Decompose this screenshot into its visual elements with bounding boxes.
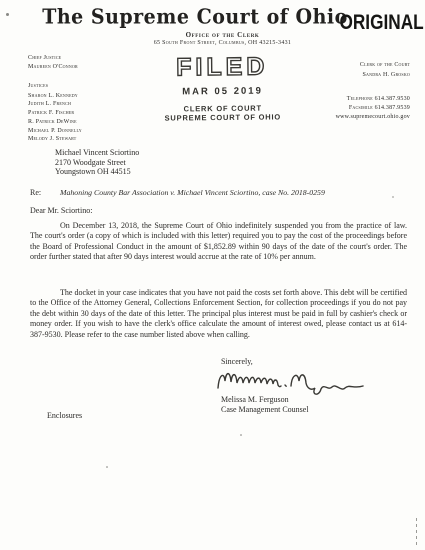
facsimile-line: Facsimile 614.387.9539	[336, 104, 410, 113]
filed-stamp-date: MAR 05 2019	[140, 85, 305, 98]
chief-justice-block: Chief Justice Maureen O'Connor	[28, 54, 78, 72]
chief-justice-name: Maureen O'Connor	[28, 63, 78, 72]
handwritten-signature	[214, 361, 366, 399]
case-reference: Mahoning County Bar Association v. Micha…	[60, 188, 410, 197]
body-paragraph-2: The docket in your case indicates that y…	[30, 288, 407, 340]
scan-artifact-edge-mark	[416, 518, 418, 548]
recipient-city: Youngstown OH 44515	[55, 167, 139, 177]
justice-name: Judith L. French	[28, 100, 82, 109]
filed-stamp-court-line: SUPREME COURT OF OHIO	[140, 112, 305, 123]
scan-artifact-speck	[392, 196, 394, 198]
court-name-title: The Supreme Court of Ohio	[30, 5, 360, 29]
filed-stamp: FILED MAR 05 2019 CLERK OF COURT SUPREME…	[140, 53, 306, 123]
recipient-name: Michael Vincent Sciortino	[55, 148, 139, 158]
scan-artifact-speck	[106, 466, 108, 468]
justice-name: R. Patrick DeWine	[28, 118, 82, 127]
telephone-line: Telephone 614.387.9530	[336, 95, 410, 104]
signer-title: Case Management Counsel	[221, 405, 309, 414]
filed-stamp-word: FILED	[140, 53, 305, 81]
scan-artifact-speck	[6, 13, 9, 16]
clerk-label: Clerk of the Court	[360, 61, 410, 71]
website-line: www.supremecourt.ohio.gov	[336, 113, 410, 122]
office-of-clerk-line: Office of the Clerk	[120, 31, 325, 39]
body-paragraph-1: On December 13, 2018, the Supreme Court …	[30, 221, 407, 263]
justice-name: Michael P. Donnelly	[28, 127, 82, 136]
recipient-address-block: Michael Vincent Sciortino 2170 Woodgate …	[55, 148, 139, 177]
enclosures-note: Enclosures	[47, 411, 82, 420]
re-label: Re:	[30, 188, 41, 197]
original-stamp: ORIGINAL	[340, 11, 424, 35]
recipient-street: 2170 Woodgate Street	[55, 158, 139, 168]
clerk-name: Sandra H. Grosko	[360, 71, 410, 81]
salutation: Dear Mr. Sciortino:	[30, 206, 92, 215]
justices-label: Justices	[28, 82, 82, 91]
signer-name: Melissa M. Ferguson	[221, 395, 289, 404]
justice-name: Patrick F. Fischer	[28, 109, 82, 118]
court-address-line: 65 South Front Street, Columbus, OH 4321…	[95, 40, 350, 46]
chief-justice-label: Chief Justice	[28, 54, 78, 63]
justice-name: Melody J. Stewart	[28, 135, 82, 144]
justices-block: Justices Sharon L. Kennedy Judith L. Fre…	[28, 82, 82, 144]
justice-name: Sharon L. Kennedy	[28, 92, 82, 101]
scanned-letter-page: The Supreme Court of Ohio ORIGINAL Offic…	[0, 0, 425, 550]
clerk-of-court-block: Clerk of the Court Sandra H. Grosko	[360, 61, 410, 80]
court-contact-block: Telephone 614.387.9530 Facsimile 614.387…	[336, 95, 410, 121]
scan-artifact-speck	[240, 434, 242, 436]
